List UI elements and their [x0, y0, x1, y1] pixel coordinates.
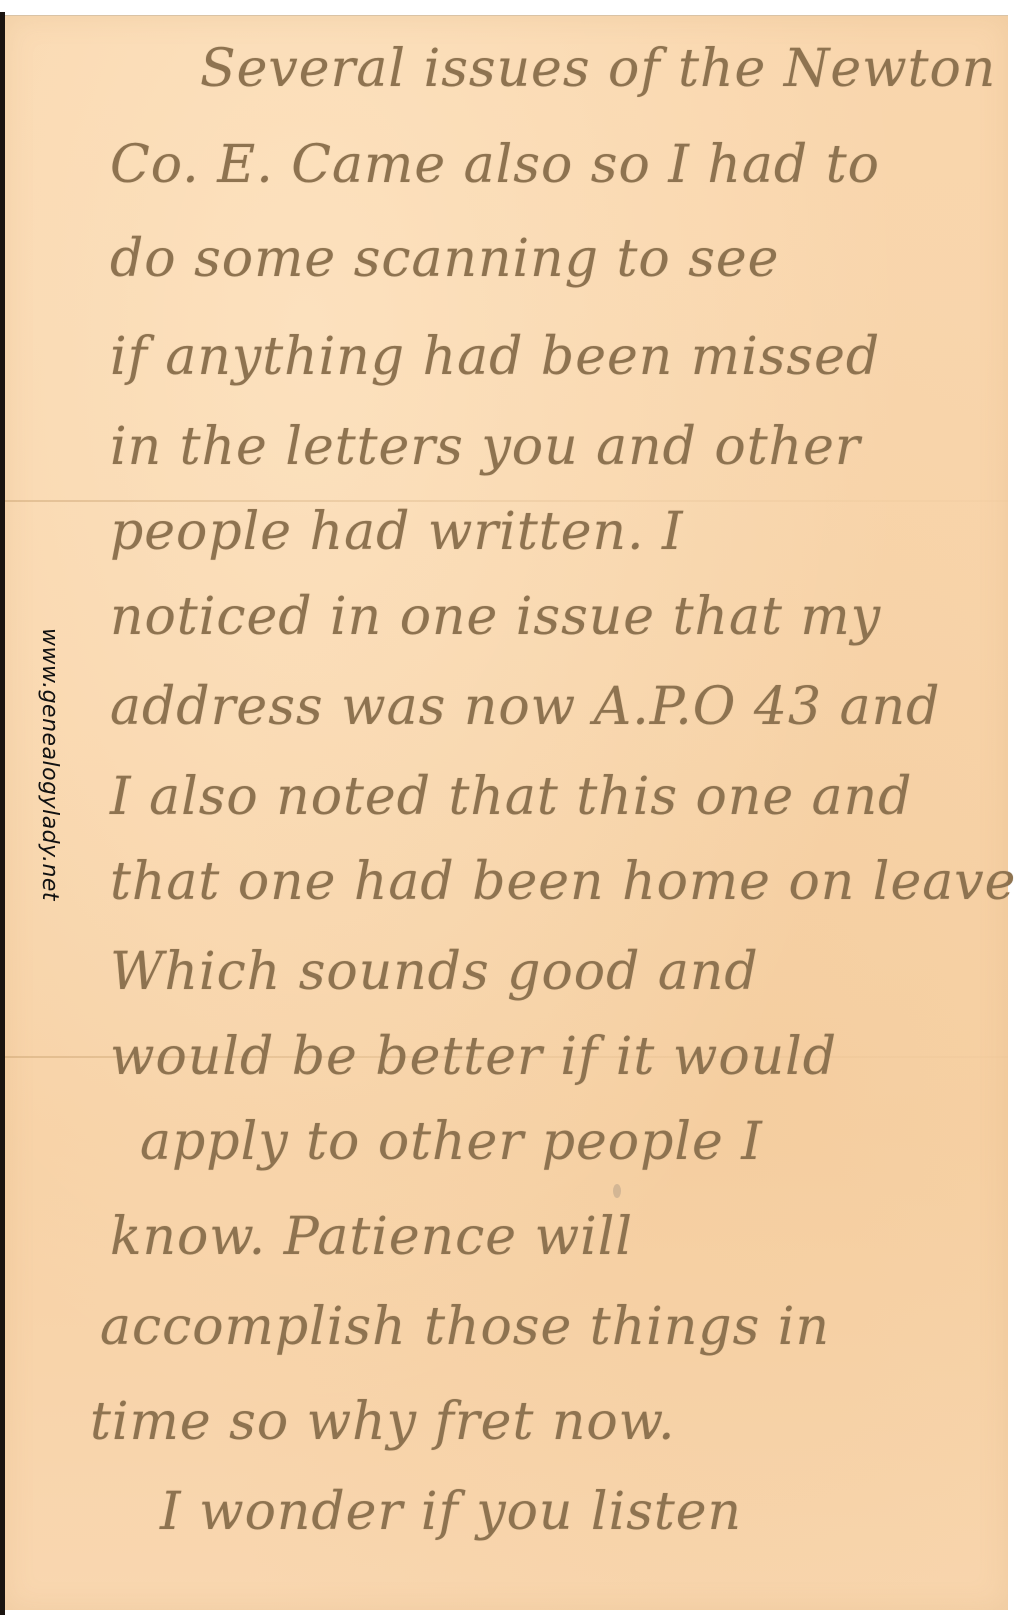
handwritten-line: know. Patience will [110, 1211, 633, 1263]
handwritten-line: accomplish those things in [100, 1301, 830, 1353]
handwritten-line: people had written. I [110, 506, 684, 558]
watermark-text: www.genealogylady.net [37, 628, 62, 901]
handwritten-line: I wonder if you listen [160, 1486, 742, 1538]
handwritten-line: that one had been home on leave [110, 856, 1016, 908]
handwritten-line: Which sounds good and [110, 946, 759, 998]
handwritten-line: do some scanning to see [110, 233, 779, 285]
paper-stain [613, 1184, 621, 1198]
handwritten-line: would be better if it would [110, 1031, 837, 1083]
handwritten-line: address was now A.P.O 43 and [110, 681, 940, 733]
handwritten-line: apply to other people I [140, 1116, 763, 1168]
handwritten-line: Co. E. Came also so I had to [110, 139, 880, 191]
handwritten-line: Several issues of the Newton [200, 43, 996, 95]
letter-page: www.genealogylady.net Several issues of … [5, 15, 1008, 1610]
handwritten-line: time so why fret now. [90, 1396, 676, 1448]
handwritten-line: if anything had been missed [110, 331, 880, 383]
handwritten-line: noticed in one issue that my [110, 591, 881, 643]
handwritten-line: in the letters you and other [110, 421, 861, 473]
handwritten-line: I also noted that this one and [110, 771, 912, 823]
